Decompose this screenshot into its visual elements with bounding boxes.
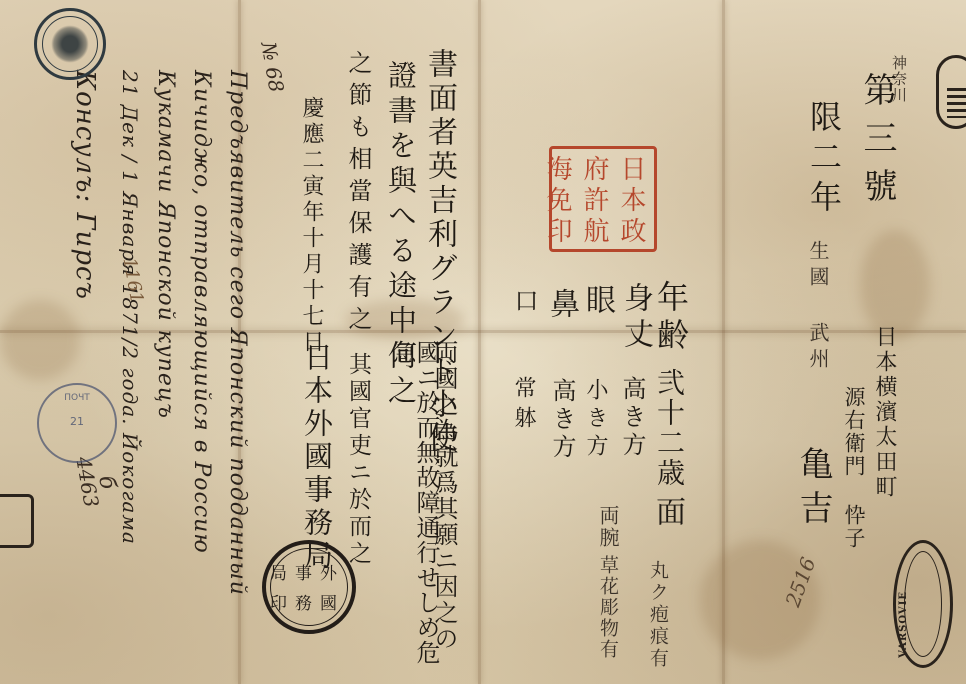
- box-stamp: [0, 494, 34, 548]
- registry-number: № 68: [256, 40, 288, 94]
- seal-char: 航: [576, 214, 613, 245]
- age-label: 年齢: [655, 280, 687, 356]
- validity-period: 限二年: [808, 100, 840, 220]
- fold-line: [478, 0, 481, 684]
- eyes-value: 小き方: [584, 378, 606, 462]
- holder-origin: 生國 武州: [808, 240, 828, 374]
- stain: [860, 230, 930, 340]
- body-text-col3: 之節も相當保護有之: [346, 50, 370, 338]
- passport-document: 神奈川 第三號 限二年 生國 武州 日本横濱太田町 源右衛門 忰子 亀吉 日 本…: [0, 0, 966, 684]
- russian-line: Предъявитель сего Японский подданный: [225, 70, 250, 596]
- seal-char: 事: [289, 557, 314, 587]
- body-text-col6: 其國官吏ニ於而之: [346, 352, 369, 568]
- cartouche-seal: [936, 55, 966, 129]
- seal-char: 印: [539, 214, 576, 245]
- issuer-name: 日本外國事務局: [302, 342, 331, 573]
- postmark-date: 21: [39, 415, 115, 428]
- varsovie-oval-stamp: VARSOVIE: [893, 540, 953, 668]
- issue-date: 慶應二寅年十月十七日: [300, 96, 322, 356]
- eyes-label: 眼: [582, 284, 612, 318]
- mouth-label: 口: [512, 288, 536, 316]
- age-value: 弐十二歳: [655, 368, 683, 488]
- seal-char: 局: [264, 557, 289, 587]
- postmark-text: ПОЧТ: [39, 393, 115, 403]
- seal-char: 本: [613, 184, 650, 215]
- postmark-stamp: ПОЧТ 21: [37, 383, 117, 463]
- russian-line: Кичиджо, отправляющийся в Россию: [189, 70, 214, 554]
- double-headed-eagle-icon: [51, 25, 89, 63]
- seal-char: 印: [264, 587, 289, 617]
- holder-address-line2: 源右衛門 忰子: [843, 386, 864, 550]
- body-text-col5: 國ニ於而無故障通行せしめ危急: [390, 340, 438, 684]
- russian-line: 21 Дек / 1 Января 1871/2 года. Йокогама: [118, 70, 142, 545]
- oval-stamp-label: VARSOVIE: [898, 591, 909, 658]
- holder-address: 日本横濱太田町: [873, 325, 895, 500]
- seal-char: 外: [314, 557, 339, 587]
- seal-char: 海: [539, 153, 576, 184]
- arms-label: 両腕: [598, 505, 618, 549]
- mouth-value: 常躰: [512, 376, 534, 436]
- seal-char: 務: [289, 587, 314, 617]
- seal-char: 政: [613, 214, 650, 245]
- arms-value: 草花彫物有: [598, 555, 617, 660]
- nose-value: 高き方: [550, 378, 574, 462]
- russian-consulate-eagle-seal: [34, 8, 106, 80]
- oval-ring: [904, 551, 942, 657]
- seal-char: 許: [576, 184, 613, 215]
- face-label: 面: [652, 496, 682, 530]
- red-government-seal: 日 本 政 府 許 航 海 免 印: [549, 146, 657, 252]
- height-value: 高き方: [620, 376, 644, 460]
- seal-char: 免: [539, 184, 576, 215]
- foreign-affairs-office-seal: 外 國 事 務 局 印: [262, 540, 356, 634]
- face-value: 丸ク疱痕有: [648, 560, 667, 670]
- cartouche-glyph-icon: [947, 88, 966, 118]
- russian-signature: Консулъ: Гирсъ: [70, 70, 100, 300]
- seal-char: 府: [576, 153, 613, 184]
- seal-char: 日: [613, 153, 650, 184]
- height-label: 身丈: [620, 282, 650, 354]
- holder-name: 亀吉: [796, 446, 830, 534]
- seal-char: 國: [314, 587, 339, 617]
- nose-label: 鼻: [546, 288, 576, 322]
- russian-annotation: Предъявитель сего Японский подданный Кич…: [40, 70, 250, 670]
- passport-number: 第三號: [860, 72, 894, 216]
- russian-line: Кукамачи Японской купецъ: [153, 70, 178, 419]
